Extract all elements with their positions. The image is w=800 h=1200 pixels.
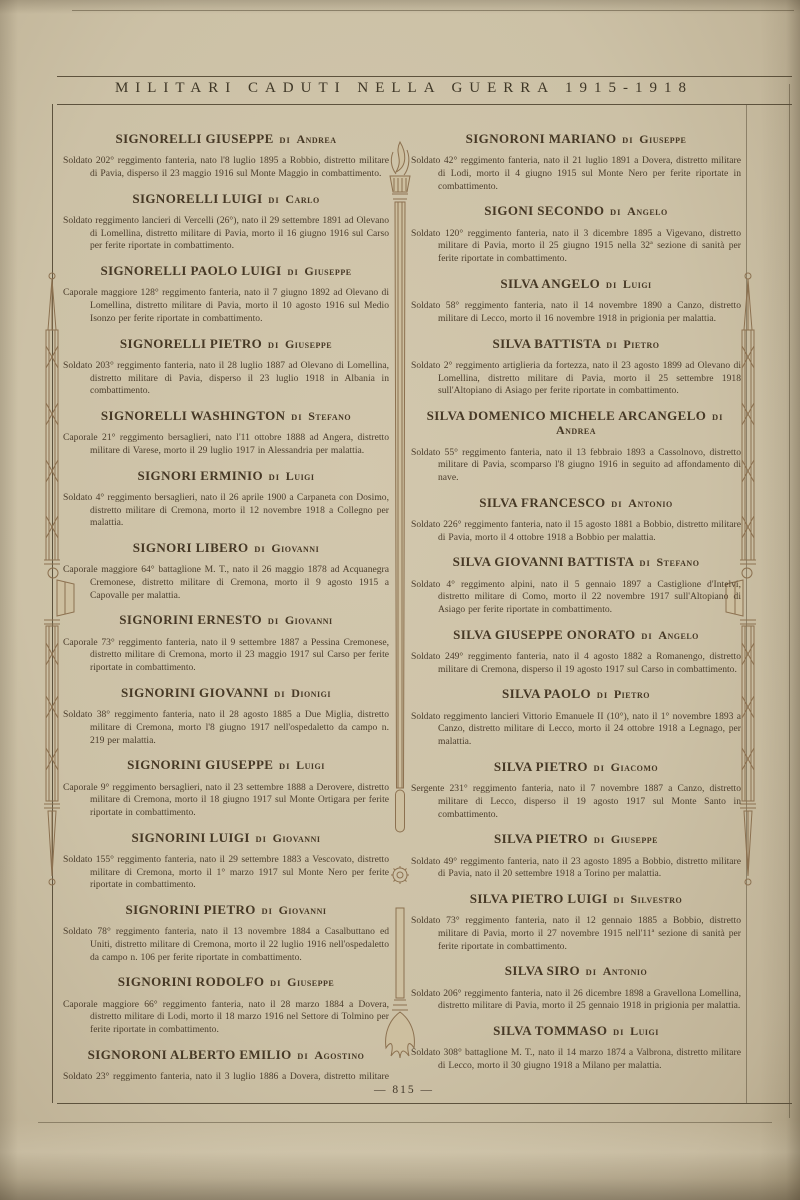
father-name: Angelo	[627, 204, 668, 218]
soldier-record-text: Caporale 21° reggimento bersaglieri, nat…	[63, 432, 389, 457]
patronymic-connector: di	[295, 1051, 310, 1061]
father-name: Luigi	[296, 758, 325, 772]
soldier-entry: SILVA PIETRO di Giuseppe Soldato 49° reg…	[411, 832, 741, 881]
soldier-record-text: Caporale maggiore 66° reggimento fanteri…	[63, 999, 389, 1037]
soldier-surname-firstname: SIGNORI ERMINIO	[137, 468, 263, 483]
father-name: Pietro	[614, 687, 650, 701]
soldier-surname-firstname: SIGNORELLI PAOLO LUIGI	[100, 263, 281, 278]
footer-rule	[57, 1103, 792, 1104]
soldier-record-text: Soldato 4° reggimento alpini, nato il 5 …	[411, 579, 741, 617]
soldier-name-heading: SILVA PIETRO di Giacomo	[411, 760, 741, 774]
soldier-entry: SIGNORINI GIUSEPPE di Luigi Caporale 9° …	[63, 758, 389, 819]
soldier-name-heading: SIGNORELLI GIUSEPPE di Andrea	[63, 132, 389, 146]
soldier-entry: SIGNORINI PIETRO di Giovanni Soldato 78°…	[63, 903, 389, 964]
father-name: Andrea	[296, 132, 336, 146]
soldier-record-text: Soldato 202° reggimento fanteria, nato l…	[63, 155, 389, 180]
soldier-surname-firstname: SIGONI SECONDO	[484, 203, 604, 218]
soldier-record-text: Soldato 308° battaglione M. T., nato il …	[411, 1047, 741, 1072]
entries-area: SIGNORELLI GIUSEPPE di Andrea Soldato 20…	[63, 125, 741, 1083]
soldier-name-heading: SIGNORELLI LUIGI di Carlo	[63, 192, 389, 206]
soldier-entry: SIGNORONI MARIANO di Giuseppe Soldato 42…	[411, 132, 741, 193]
soldier-name-heading: SILVA DOMENICO MICHELE ARCANGELO di Andr…	[411, 409, 741, 438]
soldier-name-heading: SILVA SIRO di Antonio	[411, 964, 741, 978]
soldier-surname-firstname: SILVA GIOVANNI BATTISTA	[453, 554, 634, 569]
soldier-entry: SILVA BATTISTA di Pietro Soldato 2° regg…	[411, 337, 741, 398]
soldier-name-heading: SILVA FRANCESCO di Antonio	[411, 496, 741, 510]
scanned-book-page: MILITARI CADUTI NELLA GUERRA 1915-1918	[0, 0, 800, 1200]
frame-line-right	[746, 104, 747, 1103]
father-name: Giuseppe	[639, 132, 686, 146]
soldier-surname-firstname: SIGNORELLI LUIGI	[132, 191, 262, 206]
soldier-entry: SIGNORI LIBERO di Giovanni Caporale magg…	[63, 541, 389, 602]
soldier-name-heading: SIGNORINI ERNESTO di Giovanni	[63, 613, 389, 627]
soldier-surname-firstname: SIGNORI LIBERO	[133, 540, 249, 555]
soldier-surname-firstname: SIGNORONI ALBERTO EMILIO	[88, 1047, 292, 1062]
soldier-name-heading: SIGNORONI MARIANO di Giuseppe	[411, 132, 741, 146]
father-name: Pietro	[623, 337, 659, 351]
soldier-entry: SIGNORELLI PAOLO LUIGI di Giuseppe Capor…	[63, 264, 389, 325]
soldier-entry: SIGNORINI LUIGI di Giovanni Soldato 155°…	[63, 831, 389, 892]
father-name: Antonio	[603, 964, 647, 978]
patronymic-connector: di	[268, 978, 283, 988]
header-rule-top	[57, 76, 792, 77]
patronymic-connector: di	[592, 763, 607, 773]
patronymic-connector: di	[289, 412, 304, 422]
patronymic-connector: di	[595, 690, 610, 700]
soldier-surname-firstname: SILVA PAOLO	[502, 686, 591, 701]
soldier-entry: SILVA GIOVANNI BATTISTA di Stefano Solda…	[411, 555, 741, 616]
column-left: SIGNORELLI GIUSEPPE di Andrea Soldato 20…	[63, 125, 389, 1083]
father-name: Stefano	[657, 555, 700, 569]
patronymic-connector: di	[710, 412, 725, 422]
soldier-entry: SILVA SIRO di Antonio Soldato 206° reggi…	[411, 964, 741, 1013]
soldier-name-heading: SIGNORELLI PIETRO di Giuseppe	[63, 337, 389, 351]
soldier-entry: SIGNORELLI WASHINGTON di Stefano Caporal…	[63, 409, 389, 458]
father-name: Stefano	[308, 409, 351, 423]
soldier-name-heading: SIGNORONI ALBERTO EMILIO di Agostino	[63, 1048, 389, 1062]
soldier-record-text: Soldato 203° reggimento fanteria, nato i…	[63, 360, 389, 398]
soldier-surname-firstname: SIGNORINI ERNESTO	[119, 612, 262, 627]
top-edge-rule	[72, 10, 794, 11]
soldier-record-text: Soldato 249° reggimento fanteria, nato i…	[411, 651, 741, 676]
father-name: Giuseppe	[611, 832, 658, 846]
father-name: Angelo	[658, 628, 699, 642]
soldier-entry: SILVA PAOLO di Pietro Soldato reggimento…	[411, 687, 741, 748]
soldier-entry: SILVA GIUSEPPE ONORATO di Angelo Soldato…	[411, 628, 741, 677]
patronymic-connector: di	[277, 135, 292, 145]
patronymic-connector: di	[611, 1027, 626, 1037]
soldier-entry: SIGNORELLI GIUSEPPE di Andrea Soldato 20…	[63, 132, 389, 181]
father-name: Agostino	[314, 1048, 364, 1062]
father-name: Antonio	[628, 496, 672, 510]
soldier-surname-firstname: SILVA SIRO	[505, 963, 580, 978]
father-name: Silvestro	[630, 892, 682, 906]
soldier-name-heading: SILVA GIUSEPPE ONORATO di Angelo	[411, 628, 741, 642]
father-name: Giuseppe	[304, 264, 351, 278]
soldier-name-heading: SILVA BATTISTA di Pietro	[411, 337, 741, 351]
father-name: Giovanni	[285, 613, 333, 627]
soldier-record-text: Soldato 4° reggimento bersaglieri, nato …	[63, 492, 389, 530]
soldier-record-text: Soldato 226° reggimento fanteria, nato i…	[411, 519, 741, 544]
soldier-surname-firstname: SILVA PIETRO	[494, 831, 588, 846]
soldier-record-text: Sergente 231° reggimento fanteria, nato …	[411, 783, 741, 821]
patronymic-connector: di	[259, 906, 274, 916]
page-title: MILITARI CADUTI NELLA GUERRA 1915-1918	[60, 80, 748, 97]
soldier-record-text: Soldato 58° reggimento fanteria, nato il…	[411, 300, 741, 325]
patronymic-connector: di	[266, 340, 281, 350]
soldier-name-heading: SIGNORINI GIOVANNI di Dionigi	[63, 686, 389, 700]
soldier-record-text: Caporale maggiore 64° battaglione M. T.,…	[63, 564, 389, 602]
father-name: Giovanni	[279, 903, 327, 917]
soldier-record-text: Soldato 49° reggimento fanteria, nato il…	[411, 856, 741, 881]
soldier-surname-firstname: SIGNORONI MARIANO	[466, 131, 617, 146]
patronymic-connector: di	[285, 267, 300, 277]
patronymic-connector: di	[609, 499, 624, 509]
patronymic-connector: di	[254, 834, 269, 844]
father-name: Andrea	[556, 423, 596, 437]
patronymic-connector: di	[620, 135, 635, 145]
soldier-surname-firstname: SILVA PIETRO	[494, 759, 588, 774]
soldier-record-text: Soldato 2° reggimento artiglieria da for…	[411, 360, 741, 398]
soldier-record-text: Soldato 23° reggimento fanteria, nato il…	[63, 1071, 389, 1083]
soldier-surname-firstname: SIGNORINI LUIGI	[132, 830, 250, 845]
soldier-record-text: Soldato 78° reggimento fanteria, nato il…	[63, 926, 389, 964]
soldier-surname-firstname: SIGNORINI GIOVANNI	[121, 685, 268, 700]
patronymic-connector: di	[592, 835, 607, 845]
father-name: Luigi	[630, 1024, 659, 1038]
soldier-name-heading: SILVA GIOVANNI BATTISTA di Stefano	[411, 555, 741, 569]
soldier-entry: SILVA PIETRO LUIGI di Silvestro Soldato …	[411, 892, 741, 953]
bottom-edge-rule	[38, 1122, 772, 1123]
soldier-record-text: Soldato 155° reggimento fanteria, nato i…	[63, 854, 389, 892]
soldier-name-heading: SILVA PIETRO LUIGI di Silvestro	[411, 892, 741, 906]
soldier-entry: SILVA TOMMASO di Luigi Soldato 308° batt…	[411, 1024, 741, 1073]
soldier-record-text: Caporale maggiore 128° reggimento fanter…	[63, 287, 389, 325]
soldier-surname-firstname: SIGNORINI RODOLFO	[118, 974, 265, 989]
soldier-surname-firstname: SILVA FRANCESCO	[479, 495, 605, 510]
soldier-entry: SIGNORONI ALBERTO EMILIO di Agostino Sol…	[63, 1048, 389, 1083]
patronymic-connector: di	[637, 558, 652, 568]
soldier-record-text: Soldato 38° reggimento fanteria, nato il…	[63, 709, 389, 747]
soldier-name-heading: SIGNORELLI WASHINGTON di Stefano	[63, 409, 389, 423]
soldier-record-text: Caporale 73° reggimento fanteria, nato i…	[63, 637, 389, 675]
patronymic-connector: di	[267, 472, 282, 482]
patronymic-connector: di	[277, 761, 292, 771]
patronymic-connector: di	[608, 207, 623, 217]
header-rule-bottom	[57, 104, 792, 105]
frame-line-left	[52, 104, 53, 1103]
soldier-surname-firstname: SIGNORINI PIETRO	[126, 902, 256, 917]
soldier-entry: SILVA PIETRO di Giacomo Sergente 231° re…	[411, 760, 741, 821]
soldier-name-heading: SIGNORI ERMINIO di Luigi	[63, 469, 389, 483]
soldier-surname-firstname: SILVA ANGELO	[500, 276, 600, 291]
father-name: Giuseppe	[285, 337, 332, 351]
patronymic-connector: di	[266, 616, 281, 626]
page-number: — 815 —	[60, 1084, 748, 1096]
soldier-surname-firstname: SILVA GIUSEPPE ONORATO	[453, 627, 635, 642]
soldier-entry: SIGNORELLI LUIGI di Carlo Soldato reggim…	[63, 192, 389, 253]
soldier-record-text: Soldato 55° reggimento fanteria, nato il…	[411, 447, 741, 485]
soldier-record-text: Soldato 206° reggimento fanteria, nato i…	[411, 988, 741, 1013]
patronymic-connector: di	[604, 340, 619, 350]
soldier-surname-firstname: SIGNORELLI GIUSEPPE	[115, 131, 273, 146]
father-name: Carlo	[285, 192, 319, 206]
patronymic-connector: di	[611, 895, 626, 905]
patronymic-connector: di	[266, 195, 281, 205]
column-right: SIGNORONI MARIANO di Giuseppe Soldato 42…	[411, 125, 741, 1083]
soldier-name-heading: SIGNORINI LUIGI di Giovanni	[63, 831, 389, 845]
father-name: Giovanni	[273, 831, 321, 845]
soldier-name-heading: SIGNORINI GIUSEPPE di Luigi	[63, 758, 389, 772]
soldier-entry: SIGNORELLI PIETRO di Giuseppe Soldato 20…	[63, 337, 389, 398]
soldier-record-text: Soldato reggimento lancieri Vittorio Ema…	[411, 711, 741, 749]
page-edge-line-right	[789, 84, 790, 1118]
soldier-entry: SILVA FRANCESCO di Antonio Soldato 226° …	[411, 496, 741, 545]
soldier-surname-firstname: SIGNORELLI PIETRO	[120, 336, 262, 351]
soldier-record-text: Soldato reggimento lancieri di Vercelli …	[63, 215, 389, 253]
father-name: Giuseppe	[287, 975, 334, 989]
soldier-name-heading: SIGNORI LIBERO di Giovanni	[63, 541, 389, 555]
soldier-name-heading: SILVA PIETRO di Giuseppe	[411, 832, 741, 846]
soldier-record-text: Caporale 9° reggimento bersaglieri, nato…	[63, 782, 389, 820]
soldier-surname-firstname: SIGNORINI GIUSEPPE	[127, 757, 273, 772]
soldier-record-text: Soldato 120° reggimento fanteria, nato i…	[411, 228, 741, 266]
soldier-name-heading: SILVA ANGELO di Luigi	[411, 277, 741, 291]
soldier-entry: SILVA ANGELO di Luigi Soldato 58° reggim…	[411, 277, 741, 326]
soldier-entry: SIGNORINI RODOLFO di Giuseppe Caporale m…	[63, 975, 389, 1036]
soldier-entry: SIGNORINI ERNESTO di Giovanni Caporale 7…	[63, 613, 389, 674]
father-name: Giacomo	[611, 760, 659, 774]
soldier-entry: SIGNORI ERMINIO di Luigi Soldato 4° regg…	[63, 469, 389, 530]
soldier-name-heading: SIGNORINI PIETRO di Giovanni	[63, 903, 389, 917]
soldier-entry: SIGNORINI GIOVANNI di Dionigi Soldato 38…	[63, 686, 389, 747]
soldier-surname-firstname: SILVA BATTISTA	[493, 336, 601, 351]
father-name: Luigi	[623, 277, 652, 291]
soldier-name-heading: SILVA TOMMASO di Luigi	[411, 1024, 741, 1038]
patronymic-connector: di	[584, 967, 599, 977]
patronymic-connector: di	[604, 280, 619, 290]
soldier-name-heading: SIGONI SECONDO di Angelo	[411, 204, 741, 218]
soldier-name-heading: SIGNORINI RODOLFO di Giuseppe	[63, 975, 389, 989]
soldier-entry: SILVA DOMENICO MICHELE ARCANGELO di Andr…	[411, 409, 741, 485]
soldier-surname-firstname: SILVA DOMENICO MICHELE ARCANGELO	[427, 408, 707, 423]
soldier-name-heading: SILVA PAOLO di Pietro	[411, 687, 741, 701]
father-name: Dionigi	[291, 686, 331, 700]
soldier-record-text: Soldato 42° reggimento fanteria, nato il…	[411, 155, 741, 193]
soldier-surname-firstname: SIGNORELLI WASHINGTON	[101, 408, 286, 423]
soldier-record-text: Soldato 73° reggimento fanteria, nato il…	[411, 915, 741, 953]
patronymic-connector: di	[252, 544, 267, 554]
father-name: Luigi	[286, 469, 315, 483]
soldier-surname-firstname: SILVA PIETRO LUIGI	[470, 891, 608, 906]
patronymic-connector: di	[272, 689, 287, 699]
soldier-name-heading: SIGNORELLI PAOLO LUIGI di Giuseppe	[63, 264, 389, 278]
father-name: Giovanni	[271, 541, 319, 555]
soldier-entry: SIGONI SECONDO di Angelo Soldato 120° re…	[411, 204, 741, 265]
patronymic-connector: di	[639, 631, 654, 641]
soldier-surname-firstname: SILVA TOMMASO	[493, 1023, 607, 1038]
